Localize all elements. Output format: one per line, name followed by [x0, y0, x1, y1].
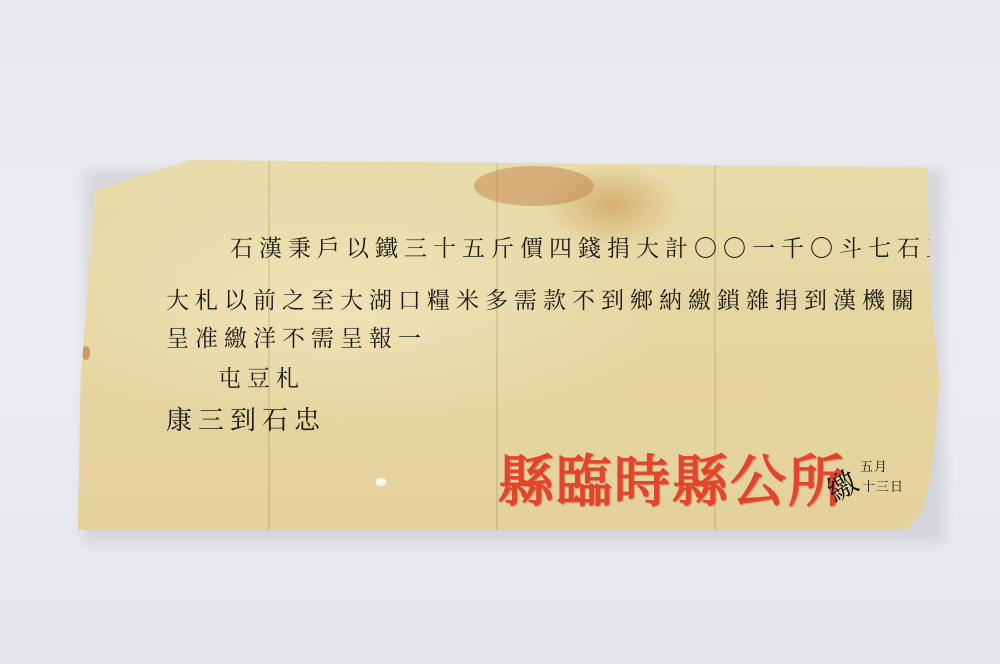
text-line-5: 康三到石忠	[166, 400, 326, 437]
date-month: 五月	[860, 456, 888, 475]
date-day: 十三日	[862, 476, 904, 495]
red-seal-stamp: 縣臨時縣公所	[498, 438, 846, 518]
water-stain	[474, 166, 594, 206]
text-line-2: 大札以前之至大湖口糧米多需款不到鄉納繳鎖雜捐到漢機關	[166, 282, 920, 315]
paper-hole	[376, 478, 386, 486]
stain-spot	[82, 346, 90, 360]
text-line-3: 呈准繳洋不需呈報一	[166, 320, 427, 353]
text-line-4: 屯豆札	[218, 360, 305, 393]
text-line-1: 石漢秉戶以鐵三十五斤價四錢捐大計〇〇一千〇斗七石五斗錢肆百	[230, 230, 1000, 263]
document-paper: 石漢秉戶以鐵三十五斤價四錢捐大計〇〇一千〇斗七石五斗錢肆百 大札以前之至大湖口糧…	[78, 160, 940, 530]
